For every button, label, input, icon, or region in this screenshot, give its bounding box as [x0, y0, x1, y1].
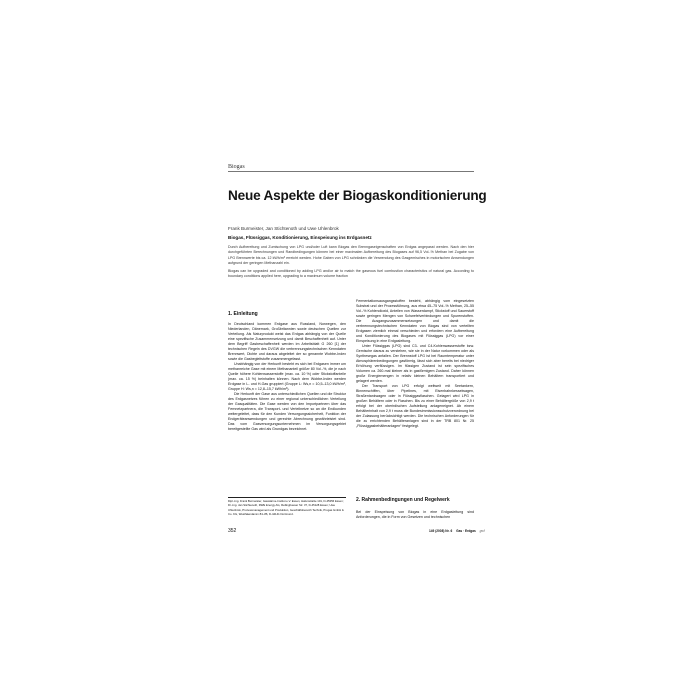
- section-2-heading: 2. Rahmenbedingungen und Regelwerk: [356, 497, 450, 503]
- author-footnote: Dipl.-Ing. Frank Burmeister, Gaswärme-In…: [228, 497, 346, 516]
- paragraph: Die Herkunft der Gase aus unterschiedlic…: [228, 392, 346, 432]
- journal-logo: gwf: [480, 529, 485, 533]
- abstract: Durch Aufbereitung und Zumischung von LP…: [228, 245, 474, 282]
- page-number: 352: [228, 528, 236, 534]
- abstract-german: Durch Aufbereitung und Zumischung von LP…: [228, 245, 474, 267]
- section-tag: Biogas: [228, 164, 474, 172]
- paragraph: In Deutschland kommen Erdgase aus Russla…: [228, 322, 346, 362]
- section-2-paragraph: Bei der Einspeisung von Biogas in eine E…: [356, 510, 474, 520]
- left-column: 1. Einleitung In Deutschland kommen Erdg…: [228, 312, 346, 432]
- article-authors: Frank Burmeister, Jan Stichtenoth und Uw…: [228, 226, 339, 231]
- abstract-english: Biogas can be upgraded and conditioned b…: [228, 269, 474, 280]
- paragraph: Der Transport von LPG erfolgt weltweit m…: [356, 384, 474, 429]
- article-title: Neue Aspekte der Biogaskonditionierung: [228, 188, 487, 203]
- paper-page: Biogas Neue Aspekte der Biogaskonditioni…: [228, 160, 474, 542]
- paragraph: Fermentationsausgangsstoffen besteht, ab…: [356, 299, 474, 344]
- article-keywords: Biogas, Flüssiggas, Konditionierung, Ein…: [228, 235, 372, 240]
- section-1-heading: 1. Einleitung: [228, 312, 346, 317]
- journal-name: Gas · Erdgas: [456, 529, 476, 533]
- right-column: Fermentationsausgangsstoffen besteht, ab…: [356, 299, 474, 429]
- issue-info: 149 (2008) Nr. 6: [429, 529, 452, 533]
- paragraph: Unter Flüssiggas (LPG) sind C3- und C4-K…: [356, 344, 474, 384]
- paragraph: Unabhängig von der Herkunft besteht es s…: [228, 362, 346, 392]
- journal-footer: 149 (2008) Nr. 6 Gas · Erdgas gwf: [426, 529, 485, 533]
